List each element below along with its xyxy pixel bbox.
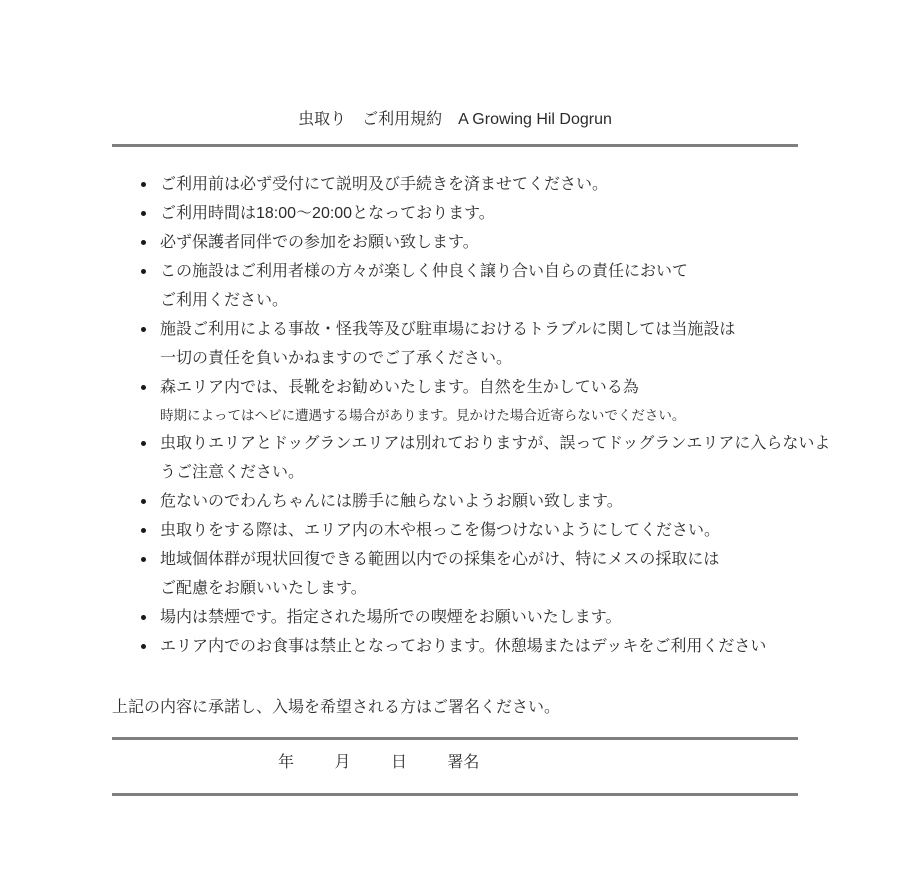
rule-item: エリア内でのお食事は禁止となっております。休憩場またはデッキをご利用ください (112, 632, 798, 661)
rule-text-line: 虫取りエリアとドッグランエリアは別れておりますが、誤ってドッグランエリアに入らな… (160, 429, 830, 458)
signature-divider-top (112, 737, 798, 740)
rule-text-line: エリア内でのお食事は禁止となっております。休憩場またはデッキをご利用ください (160, 632, 766, 661)
rule-text-line: ご利用ください。 (160, 286, 688, 315)
bullet-icon (141, 557, 146, 562)
bullet-icon (141, 499, 146, 504)
rule-item: 虫取りエリアとドッグランエリアは別れておりますが、誤ってドッグランエリアに入らな… (112, 429, 798, 487)
signature-divider-bottom (112, 793, 798, 796)
rules-list: ご利用前は必ず受付にて説明及び手続きを済ませてください。ご利用時間は18:00～… (112, 170, 798, 661)
rule-item: 必ず保護者同伴での参加をお願い致します。 (112, 228, 798, 257)
bullet-icon (141, 211, 146, 216)
rule-text-line: 場内は禁煙です。指定された場所での喫煙をお願いいたします。 (160, 603, 621, 632)
rule-text-line: 危ないのでわんちゃんには勝手に触らないようお願い致します。 (160, 487, 623, 516)
document-page: 虫取り ご利用規約 A Growing Hil Dogrun ご利用前は必ず受付… (0, 0, 910, 796)
rule-text-line: うご注意ください。 (160, 458, 830, 487)
bullet-icon (141, 615, 146, 620)
rule-text-line: 一切の責任を負いかねますのでご了承ください。 (160, 344, 735, 373)
rule-text-line: ご配慮をお願いいたします。 (160, 574, 719, 603)
bullet-icon (141, 327, 146, 332)
bullet-icon (141, 644, 146, 649)
rule-text-line: ご利用時間は18:00～20:00となっております。 (160, 199, 495, 228)
signature-row: 年 月 日 署名 (112, 748, 798, 777)
rule-text: ご利用前は必ず受付にて説明及び手続きを済ませてください。 (160, 170, 608, 199)
rule-item: ご利用前は必ず受付にて説明及び手続きを済ませてください。 (112, 170, 798, 199)
rule-text-line: この施設はご利用者様の方々が楽しく仲良く譲り合い自らの責任において (160, 257, 688, 286)
rule-item: 森エリア内では、長靴をお勧めいたします。自然を生かしている為時期によってはヘビに… (112, 373, 798, 429)
rule-text: 危ないのでわんちゃんには勝手に触らないようお願い致します。 (160, 487, 623, 516)
rule-item: この施設はご利用者様の方々が楽しく仲良く譲り合い自らの責任においてご利用ください… (112, 257, 798, 315)
title-divider (112, 144, 798, 147)
rule-text-line: 施設ご利用による事故・怪我等及び駐車場におけるトラブルに関しては当施設は (160, 315, 735, 344)
rule-text: この施設はご利用者様の方々が楽しく仲良く譲り合い自らの責任においてご利用ください… (160, 257, 688, 315)
signature-label-signature: 署名 (447, 748, 479, 777)
rule-text-line: ご利用前は必ず受付にて説明及び手続きを済ませてください。 (160, 170, 608, 199)
consent-text: 上記の内容に承諾し、入場を希望される方はご署名ください。 (112, 693, 798, 722)
rule-item: 施設ご利用による事故・怪我等及び駐車場におけるトラブルに関しては当施設は一切の責… (112, 315, 798, 373)
rule-text: 必ず保護者同伴での参加をお願い致します。 (160, 228, 479, 257)
rule-text: 地域個体群が現状回復できる範囲以内での採集を心がけ、特にメスの採取にはご配慮をお… (160, 545, 719, 603)
rule-text: 虫取りをする際は、エリア内の木や根っこを傷つけないようにしてください。 (160, 516, 720, 545)
rule-item: 虫取りをする際は、エリア内の木や根っこを傷つけないようにしてください。 (112, 516, 798, 545)
rule-text: 森エリア内では、長靴をお勧めいたします。自然を生かしている為時期によってはヘビに… (160, 373, 685, 429)
rule-text: 施設ご利用による事故・怪我等及び駐車場におけるトラブルに関しては当施設は一切の責… (160, 315, 735, 373)
rule-text-line: 必ず保護者同伴での参加をお願い致します。 (160, 228, 479, 257)
rule-text: ご利用時間は18:00～20:00となっております。 (160, 199, 495, 228)
rule-item: 地域個体群が現状回復できる範囲以内での採集を心がけ、特にメスの採取にはご配慮をお… (112, 545, 798, 603)
rule-item: ご利用時間は18:00～20:00となっております。 (112, 199, 798, 228)
bullet-icon (141, 441, 146, 446)
bullet-icon (141, 182, 146, 187)
rule-text: 虫取りエリアとドッグランエリアは別れておりますが、誤ってドッグランエリアに入らな… (160, 429, 830, 487)
signature-label-year: 年 (278, 748, 294, 777)
signature-label-month: 月 (334, 748, 350, 777)
rule-text-line: 時期によってはヘビに遭遇する場合があります。見かけた場合近寄らないでください。 (160, 402, 685, 429)
rule-text: エリア内でのお食事は禁止となっております。休憩場またはデッキをご利用ください (160, 632, 766, 661)
bullet-icon (141, 269, 146, 274)
rule-text: 場内は禁煙です。指定された場所での喫煙をお願いいたします。 (160, 603, 621, 632)
signature-label-day: 日 (391, 748, 407, 777)
bullet-icon (141, 240, 146, 245)
rule-item: 危ないのでわんちゃんには勝手に触らないようお願い致します。 (112, 487, 798, 516)
bullet-icon (141, 528, 146, 533)
page-title: 虫取り ご利用規約 A Growing Hil Dogrun (112, 0, 798, 130)
rule-text-line: 虫取りをする際は、エリア内の木や根っこを傷つけないようにしてください。 (160, 516, 720, 545)
bullet-icon (141, 385, 146, 390)
rule-text-line: 地域個体群が現状回復できる範囲以内での採集を心がけ、特にメスの採取には (160, 545, 719, 574)
rule-text-line: 森エリア内では、長靴をお勧めいたします。自然を生かしている為 (160, 373, 685, 402)
rule-item: 場内は禁煙です。指定された場所での喫煙をお願いいたします。 (112, 603, 798, 632)
